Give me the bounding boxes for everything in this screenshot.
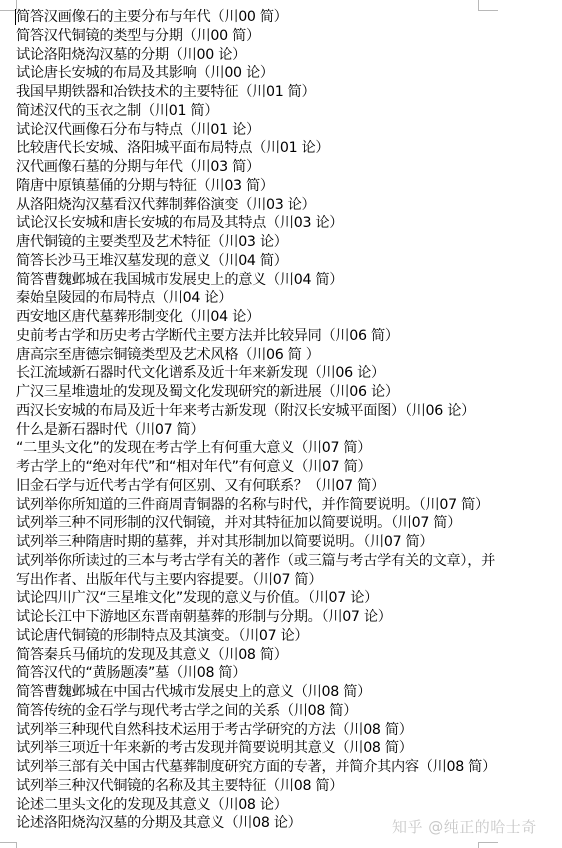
text-line[interactable]: 试论四川广汉“三星堆文化”发现的意义与价值。（川07 论） bbox=[16, 589, 556, 608]
text-line[interactable]: 隋唐中原镇墓俑的分期与特征（川03 简） bbox=[16, 177, 556, 196]
text-line[interactable]: 简答汉代铜镜的类型与分期（川00 简） bbox=[16, 27, 556, 46]
text-line[interactable]: 汉代画像石墓的分期与年代（川03 简） bbox=[16, 158, 556, 177]
text-line[interactable]: 试论汉代画像石分布与特点（川01 论） bbox=[16, 121, 556, 140]
text-line[interactable]: 试列举三种汉代铜镜的名称及其主要特征（川08 简） bbox=[16, 777, 556, 796]
text-line[interactable]: 试列举三部有关中国古代墓葬制度研究方面的专著，并简介其内容（川08 简） bbox=[16, 758, 556, 777]
text-line[interactable]: 从洛阳烧沟汉墓看汉代葬制葬俗演变（川03 论） bbox=[16, 196, 556, 215]
text-line[interactable]: 简答秦兵马俑坑的发现及其意义（川08 简） bbox=[16, 646, 556, 665]
text-line[interactable]: 简答长沙马王堆汉墓发现的意义（川04 简） bbox=[16, 252, 556, 271]
text-line[interactable]: 秦始皇陵园的布局特点（川04 论） bbox=[16, 289, 556, 308]
text-line[interactable]: 论述二里头文化的发现及其意义（川08 论） bbox=[16, 796, 556, 815]
margin-corner-bottom-left-vertical bbox=[16, 842, 17, 848]
text-line-wrapped[interactable]: 试列举你所读过的三本与考古学有关的著作（或三篇与考古学有关的文章），并写出作者、… bbox=[16, 552, 506, 590]
text-line[interactable]: 旧金石学与近代考古学有何区别、又有何联系？（川07 简） bbox=[16, 477, 556, 496]
margin-corner-bottom-right-vertical bbox=[478, 842, 479, 848]
document-body[interactable]: 简答汉画像石的主要分布与年代（川00 简） 简答汉代铜镜的类型与分期（川00 简… bbox=[16, 8, 556, 833]
text-line[interactable]: “二里头文化”的发现在考古学上有何重大意义（川07 简） bbox=[16, 439, 556, 458]
text-line[interactable]: 唐代铜镜的主要类型及艺术特征（川03 论） bbox=[16, 233, 556, 252]
text-line[interactable]: 试论唐代铜镜的形制特点及其演变。（川07 论） bbox=[16, 627, 556, 646]
text-line[interactable]: 简答曹魏邺城在中国古代城市发展史上的意义（川08 简） bbox=[16, 683, 556, 702]
text-line[interactable]: 西安地区唐代墓葬形制变化（川04 论） bbox=[16, 308, 556, 327]
text-line[interactable]: 我国早期铁器和冶铁技术的主要特征（川01 简） bbox=[16, 83, 556, 102]
watermark: 知乎 @纯正的哈士奇 bbox=[392, 816, 537, 837]
text-line[interactable]: 史前考古学和历史考古学断代主要方法并比较异同（川06 简） bbox=[16, 327, 556, 346]
margin-corner-top-left bbox=[0, 10, 16, 11]
text-line[interactable]: 试论长江中下游地区东晋南朝墓葬的形制与分期。（川07 论） bbox=[16, 608, 556, 627]
text-line[interactable]: 试列举三种现代自然科技术运用于考古学研究的方法（川08 简） bbox=[16, 721, 556, 740]
text-line[interactable]: 考古学上的“绝对年代”和“相对年代”有何意义（川07 简） bbox=[16, 458, 556, 477]
text-line[interactable]: 简答汉画像石的主要分布与年代（川00 简） bbox=[16, 8, 556, 27]
text-line[interactable]: 简答汉代的“黄肠题凑”墓（川08 简） bbox=[16, 664, 556, 683]
text-line[interactable]: 西汉长安城的布局及近十年来考古新发现（附汉长安城平面图）（川06 论） bbox=[16, 402, 556, 421]
text-line[interactable]: 简述汉代的玉衣之制（川01 简） bbox=[16, 102, 556, 121]
document-page: 简答汉画像石的主要分布与年代（川00 简） 简答汉代铜镜的类型与分期（川00 简… bbox=[0, 0, 562, 848]
text-line[interactable]: 什么是新石器时代（川07 简） bbox=[16, 421, 556, 440]
margin-corner-bottom-left bbox=[0, 842, 16, 843]
text-line[interactable]: 长江流域新石器时代文化谱系及近十年来新发现（川06 论） bbox=[16, 364, 556, 383]
text-line[interactable]: 试列举三种不同形制的汉代铜镜，并对其特征加以简要说明。（川07 简） bbox=[16, 514, 556, 533]
text-line[interactable]: 广汉三星堆遗址的发现及蜀文化发现研究的新进展（川06 论） bbox=[16, 383, 556, 402]
text-line[interactable]: 试列举你所知道的三件商周青铜器的名称与时代，并作简要说明。（川07 简） bbox=[16, 496, 556, 515]
margin-corner-bottom-right bbox=[478, 842, 498, 843]
text-line[interactable]: 简答曹魏邺城在我国城市发展史上的意义（川04 简） bbox=[16, 271, 556, 290]
text-line[interactable]: 简答传统的金石学与现代考古学之间的关系（川08 简） bbox=[16, 702, 556, 721]
text-line[interactable]: 试列举三种隋唐时期的墓葬，并对其形制加以简要说明。（川07 简） bbox=[16, 533, 556, 552]
text-line[interactable]: 唐高宗至唐德宗铜镜类型及艺术风格（川06 简 ） bbox=[16, 346, 556, 365]
text-line[interactable]: 试列举三项近十年来新的考古发现并简要说明其意义（川08 简） bbox=[16, 739, 556, 758]
text-line[interactable]: 试论洛阳烧沟汉墓的分期（川00 论） bbox=[16, 46, 556, 65]
text-line[interactable]: 试论汉长安城和唐长安城的布局及其特点（川03 论） bbox=[16, 214, 556, 233]
text-line[interactable]: 试论唐长安城的布局及其影响（川00 论） bbox=[16, 64, 556, 83]
text-line[interactable]: 比较唐代长安城、洛阳城平面布局特点（川01 论） bbox=[16, 139, 556, 158]
